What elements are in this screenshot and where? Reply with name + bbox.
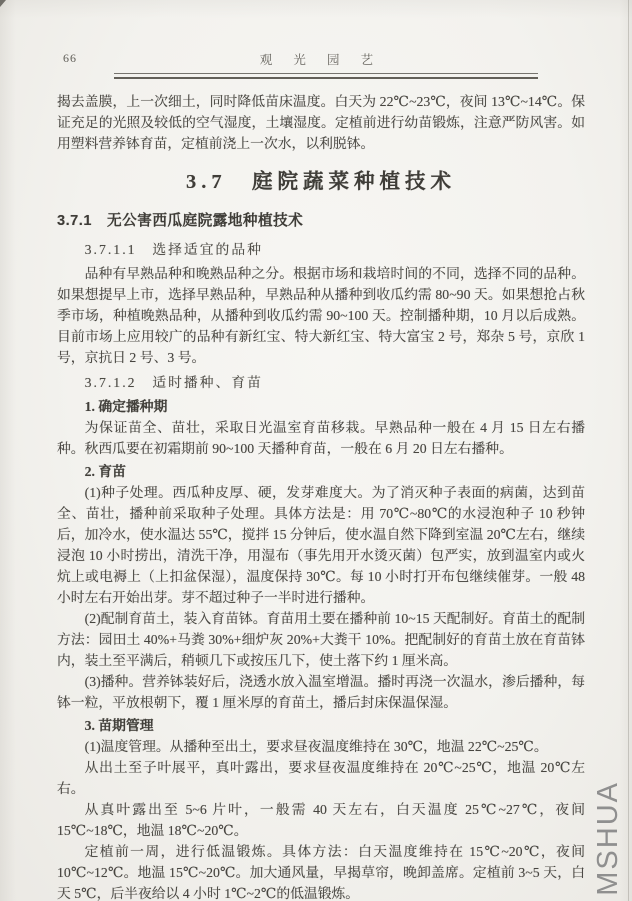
paragraph-varieties: 品种有早熟品种和晚熟品种之分。根据市场和栽培时间的不同，选择不同的品种。如果想提… <box>57 263 585 368</box>
scan-artifact-right-edge <box>628 0 629 901</box>
paragraph-nursery-soil: (2)配制育苗土，装入育苗钵。育苗用土要在播种前 10~15 天配制好。育苗土的… <box>57 608 585 671</box>
paragraph-sowing-date: 为保证苗全、苗壮，采取日光温室育苗移栽。早熟品种一般在 4 月 15 日左右播种… <box>57 417 585 459</box>
watermark-text: MSHUA <box>592 781 625 896</box>
list-heading-1: 1. 确定播种期 <box>57 396 585 417</box>
paragraph-temp-management: (1)温度管理。从播种至出土，要求昼夜温度维持在 30℃，地温 22℃~25℃。 <box>57 736 585 757</box>
scan-artifact-corner <box>0 0 6 7</box>
section-heading: 3.7.1 无公害西瓜庭院露地种植技术 <box>57 211 585 231</box>
subsection-heading-1: 3.7.1.1 选择适宜的品种 <box>57 240 585 260</box>
paragraph-sowing: (3)播种。营养钵装好后，浇透水放入温室增温。播时再浇一次温水，渗后播种，每钵一… <box>57 671 585 713</box>
paragraph-hardening: 定植前一周，进行低温锻炼。具体方法：白天温度维持在 15℃~20℃，夜间 10℃… <box>57 841 585 901</box>
subsection-heading-2: 3.7.1.2 适时播种、育苗 <box>57 373 585 393</box>
scanned-book-page: 66 观 光 园 艺 揭去盖膜，上一次细土，同时降低苗床温度。白天为 22℃~2… <box>0 0 632 901</box>
list-heading-3: 3. 苗期管理 <box>57 715 585 736</box>
list-heading-2: 2. 育苗 <box>57 461 585 482</box>
paragraph-cotyledon-stage: 从出土至子叶展平，真叶露出，要求昼夜温度维持在 20℃~25℃，地温 20℃左右… <box>57 757 585 799</box>
paragraph-continued: 揭去盖膜，上一次细土，同时降低苗床温度。白天为 22℃~23℃，夜间 13℃~1… <box>57 91 585 154</box>
page-header: 66 观 光 园 艺 <box>57 0 585 68</box>
paragraph-seed-treatment: (1)种子处理。西瓜种皮厚、硬，发芽难度大。为了消灭种子表面的病菌，达到苗全、苗… <box>57 482 585 608</box>
page-body: 揭去盖膜，上一次细土，同时降低苗床温度。白天为 22℃~23℃，夜间 13℃~1… <box>57 91 585 901</box>
running-title: 观 光 园 艺 <box>57 50 585 68</box>
header-double-line <box>114 73 538 79</box>
chapter-heading: 3.7 庭院蔬菜种植技术 <box>57 167 585 197</box>
paragraph-true-leaf-stage: 从真叶露出至 5~6 片叶，一般需 40 天左右，白天温度 25℃~27℃，夜间… <box>57 799 585 841</box>
header-rule <box>57 73 585 79</box>
